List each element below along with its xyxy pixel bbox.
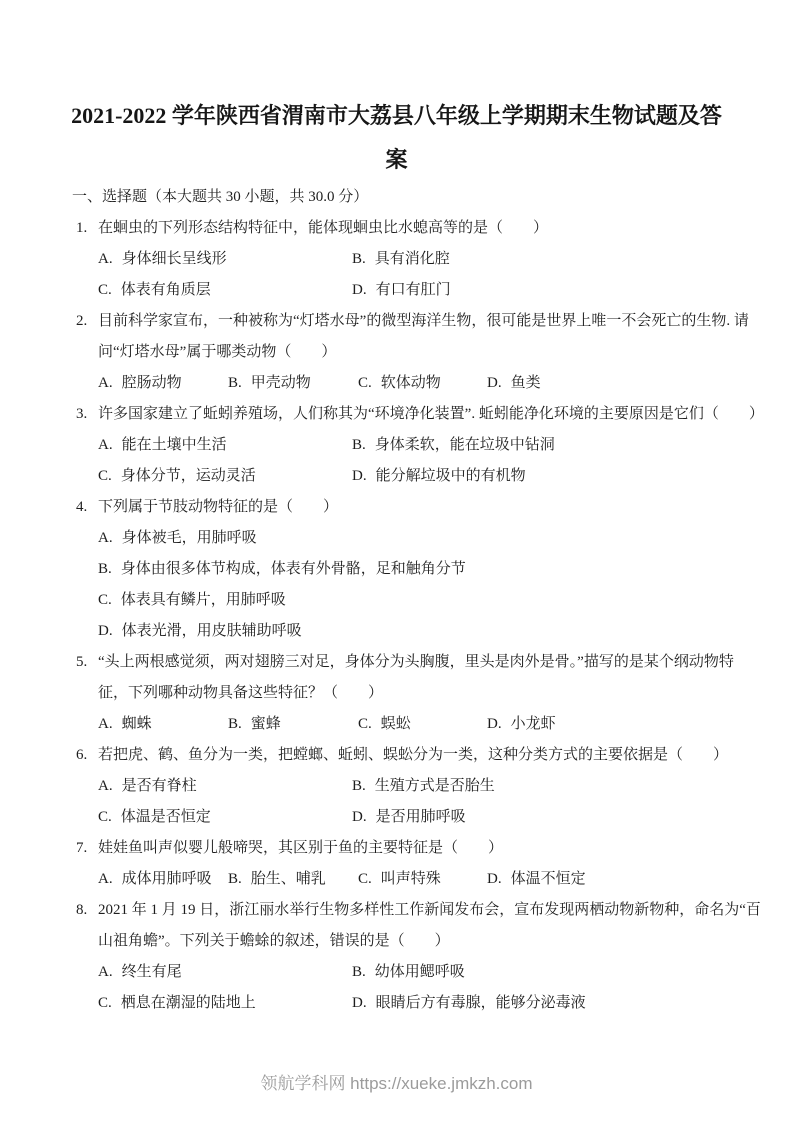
option-label: B. [352,244,366,275]
option-text: 鱼类 [511,368,541,399]
option-text: 具有消化腔 [375,244,450,275]
question-options: A. 成体用肺呼吸 B. 胎生、哺乳 C. 叫声特殊 D. 体温不恒定 [98,864,739,895]
question-stem-line: 山祖角蟾”。下列关于蟾蜍的叙述，错误的是（ ） [98,926,739,957]
question: 4. 下列属于节肢动物特征的是（ ） A. 身体被毛，用肺呼吸 B. 身体由很多… [72,492,739,647]
answer-option: A. 身体被毛，用肺呼吸 [98,523,739,554]
question-options: A. 身体细长呈线形 B. 具有消化腔 C. 体表有角质层 D. 有口有肛门 [98,244,739,306]
question-stem-line: 问“灯塔水母”属于哪类动物（ ） [98,337,739,368]
option-label: D. [352,802,367,833]
answer-option: D. 鱼类 [487,368,739,399]
option-text: 身体细长呈线形 [122,244,227,275]
question-options: A. 是否有脊柱 B. 生殖方式是否胎生 C. 体温是否恒定 D. 是否用肺呼吸 [98,771,739,833]
answer-option: C. 栖息在潮湿的陆地上 [98,988,352,1019]
question-stem: 下列属于节肢动物特征的是（ ） [98,492,739,523]
option-text: 栖息在潮湿的陆地上 [121,988,256,1019]
footer-watermark: 领航学科网 https://xueke.jmkzh.com [0,1069,793,1094]
answer-option: D. 体温不恒定 [487,864,739,895]
option-label: B. [352,771,366,802]
option-text: 体表有角质层 [121,275,211,306]
answer-option: B. 具有消化腔 [352,244,739,275]
answer-option: A. 终生有尾 [98,957,352,988]
answer-option: C. 体温是否恒定 [98,802,352,833]
option-text: 体温是否恒定 [121,802,211,833]
title-line-1: 2021-2022 学年陕西省渭南市大荔县八年级上学期期末生物试题及答 [0,94,793,138]
section-heading: 一、选择题（本大题共 30 小题，共 30.0 分） [72,182,739,213]
option-text: 体表具有鳞片，用肺呼吸 [121,585,286,616]
option-text: 体表光滑，用皮肤辅助呼吸 [122,616,302,647]
option-text: 能分解垃圾中的有机物 [376,461,526,492]
answer-option: B. 生殖方式是否胎生 [352,771,739,802]
question-number: 1. [76,213,98,244]
option-text: 是否有脊柱 [122,771,197,802]
question-stem-line: 许多国家建立了蚯蚓养殖场，人们称其为“环境净化装置”. 蚯蚓能净化环境的主要原因… [98,399,739,430]
answer-option: B. 胎生、哺乳 [228,864,358,895]
question-stem-line: “头上两根感觉须，两对翅膀三对足，身体分为头胸腹，里头是肉外是骨。”描写的是某个… [98,647,739,678]
page-title: 2021-2022 学年陕西省渭南市大荔县八年级上学期期末生物试题及答 案 [0,0,793,182]
answer-option: D. 有口有肛门 [352,275,739,306]
question-options: A. 腔肠动物 B. 甲壳动物 C. 软体动物 D. 鱼类 [98,368,739,399]
option-text: 小龙虾 [511,709,556,740]
option-label: C. [358,864,372,895]
answer-option: B. 幼体用鳃呼吸 [352,957,739,988]
option-label: B. [228,709,242,740]
answer-option: A. 是否有脊柱 [98,771,352,802]
question-options: A. 身体被毛，用肺呼吸 B. 身体由很多体节构成，体表有外骨骼，足和触角分节 … [98,523,739,647]
option-label: C. [98,275,112,306]
question-stem-row: 5. “头上两根感觉须，两对翅膀三对足，身体分为头胸腹，里头是肉外是骨。”描写的… [72,647,739,709]
option-text: 蜈蚣 [381,709,411,740]
option-label: D. [487,709,502,740]
answer-option: C. 身体分节，运动灵活 [98,461,352,492]
option-text: 成体用肺呼吸 [122,864,212,895]
option-label: A. [98,430,113,461]
option-text: 叫声特殊 [381,864,441,895]
option-text: 终生有尾 [122,957,182,988]
option-label: C. [98,988,112,1019]
answer-option: C. 体表有角质层 [98,275,352,306]
question-options: A. 能在土壤中生活 B. 身体柔软，能在垃圾中钻洞 C. 身体分节，运动灵活 … [98,430,739,492]
option-label: D. [352,988,367,1019]
option-label: B. [352,430,366,461]
option-label: A. [98,771,113,802]
question-options: A. 终生有尾 B. 幼体用鳃呼吸 C. 栖息在潮湿的陆地上 D. 眼睛后方有毒… [98,957,739,1019]
answer-option: D. 体表光滑，用皮肤辅助呼吸 [98,616,739,647]
question-stem-row: 4. 下列属于节肢动物特征的是（ ） [72,492,739,523]
option-text: 身体柔软，能在垃圾中钻洞 [375,430,555,461]
question-number: 6. [76,740,98,771]
question-stem: 2021 年 1 月 19 日，浙江丽水举行生物多样性工作新闻发布会，宣布发现两… [98,895,739,957]
option-label: D. [487,864,502,895]
option-label: B. [352,957,366,988]
option-label: D. [352,461,367,492]
question: 3. 许多国家建立了蚯蚓养殖场，人们称其为“环境净化装置”. 蚯蚓能净化环境的主… [72,399,739,492]
option-label: A. [98,244,113,275]
question-stem-row: 8. 2021 年 1 月 19 日，浙江丽水举行生物多样性工作新闻发布会，宣布… [72,895,739,957]
title-line-2: 案 [0,138,793,182]
option-text: 幼体用鳃呼吸 [375,957,465,988]
option-label: B. [98,554,112,585]
question-number: 7. [76,833,98,864]
answer-option: D. 眼睛后方有毒腺，能够分泌毒液 [352,988,739,1019]
option-label: D. [487,368,502,399]
question-stem: 目前科学家宣布，一种被称为“灯塔水母”的微型海洋生物，很可能是世界上唯一不会死亡… [98,306,739,368]
questions: 1. 在蛔虫的下列形态结构特征中，能体现蛔虫比水螅高等的是（ ） A. 身体细长… [72,213,739,1019]
option-text: 胎生、哺乳 [251,864,326,895]
option-label: A. [98,957,113,988]
question: 1. 在蛔虫的下列形态结构特征中，能体现蛔虫比水螅高等的是（ ） A. 身体细长… [72,213,739,306]
answer-option: B. 蜜蜂 [228,709,358,740]
question-stem: 许多国家建立了蚯蚓养殖场，人们称其为“环境净化装置”. 蚯蚓能净化环境的主要原因… [98,399,739,430]
option-label: A. [98,368,113,399]
answer-option: A. 成体用肺呼吸 [98,864,228,895]
question-stem: “头上两根感觉须，两对翅膀三对足，身体分为头胸腹，里头是肉外是骨。”描写的是某个… [98,647,739,709]
question-stem: 若把虎、鹤、鱼分为一类，把螳螂、蚯蚓、蜈蚣分为一类，这种分类方式的主要依据是（ … [98,740,739,771]
option-text: 生殖方式是否胎生 [375,771,495,802]
question-number: 2. [76,306,98,337]
question-stem: 娃娃鱼叫声似婴儿般啼哭，其区别于鱼的主要特征是（ ） [98,833,739,864]
answer-option: D. 小龙虾 [487,709,739,740]
question: 6. 若把虎、鹤、鱼分为一类，把螳螂、蚯蚓、蜈蚣分为一类，这种分类方式的主要依据… [72,740,739,833]
option-label: B. [228,864,242,895]
answer-option: C. 叫声特殊 [358,864,487,895]
question-stem-line: 2021 年 1 月 19 日，浙江丽水举行生物多样性工作新闻发布会，宣布发现两… [98,895,739,926]
answer-option: D. 能分解垃圾中的有机物 [352,461,739,492]
option-text: 身体由很多体节构成，体表有外骨骼，足和触角分节 [121,554,466,585]
option-text: 身体被毛，用肺呼吸 [122,523,257,554]
answer-option: A. 腔肠动物 [98,368,228,399]
question-stem-row: 2. 目前科学家宣布，一种被称为“灯塔水母”的微型海洋生物，很可能是世界上唯一不… [72,306,739,368]
option-text: 软体动物 [381,368,441,399]
option-text: 蜜蜂 [251,709,281,740]
document-body: 一、选择题（本大题共 30 小题，共 30.0 分） 1. 在蛔虫的下列形态结构… [0,182,793,1019]
option-text: 有口有肛门 [376,275,451,306]
question-number: 4. [76,492,98,523]
option-text: 甲壳动物 [251,368,311,399]
question-stem-line: 在蛔虫的下列形态结构特征中，能体现蛔虫比水螅高等的是（ ） [98,213,739,244]
question: 7. 娃娃鱼叫声似婴儿般啼哭，其区别于鱼的主要特征是（ ） A. 成体用肺呼吸 … [72,833,739,895]
option-label: D. [98,616,113,647]
answer-option: B. 身体柔软，能在垃圾中钻洞 [352,430,739,461]
question-number: 5. [76,647,98,678]
option-label: D. [352,275,367,306]
question: 8. 2021 年 1 月 19 日，浙江丽水举行生物多样性工作新闻发布会，宣布… [72,895,739,1019]
question-number: 8. [76,895,98,926]
option-label: A. [98,709,113,740]
option-label: B. [228,368,242,399]
option-text: 是否用肺呼吸 [376,802,466,833]
answer-option: A. 身体细长呈线形 [98,244,352,275]
option-text: 能在土壤中生活 [122,430,227,461]
question-stem: 在蛔虫的下列形态结构特征中，能体现蛔虫比水螅高等的是（ ） [98,213,739,244]
question: 5. “头上两根感觉须，两对翅膀三对足，身体分为头胸腹，里头是肉外是骨。”描写的… [72,647,739,740]
option-label: A. [98,523,113,554]
option-text: 眼睛后方有毒腺，能够分泌毒液 [376,988,586,1019]
option-text: 体温不恒定 [511,864,586,895]
answer-option: C. 蜈蚣 [358,709,487,740]
option-label: C. [358,368,372,399]
answer-option: C. 软体动物 [358,368,487,399]
question-stem-row: 1. 在蛔虫的下列形态结构特征中，能体现蛔虫比水螅高等的是（ ） [72,213,739,244]
option-text: 腔肠动物 [122,368,182,399]
answer-option: B. 甲壳动物 [228,368,358,399]
question-stem-row: 7. 娃娃鱼叫声似婴儿般啼哭，其区别于鱼的主要特征是（ ） [72,833,739,864]
option-label: C. [358,709,372,740]
answer-option: B. 身体由很多体节构成，体表有外骨骼，足和触角分节 [98,554,739,585]
exam-document-page: 2021-2022 学年陕西省渭南市大荔县八年级上学期期末生物试题及答 案 一、… [0,0,793,1122]
question-stem-line: 征，下列哪种动物具备这些特征？（ ） [98,678,739,709]
answer-option: C. 体表具有鳞片，用肺呼吸 [98,585,739,616]
answer-option: D. 是否用肺呼吸 [352,802,739,833]
option-label: C. [98,802,112,833]
question-number: 3. [76,399,98,430]
question-stem-line: 目前科学家宣布，一种被称为“灯塔水母”的微型海洋生物，很可能是世界上唯一不会死亡… [98,306,739,337]
question-stem-line: 下列属于节肢动物特征的是（ ） [98,492,739,523]
question-stem-line: 若把虎、鹤、鱼分为一类，把螳螂、蚯蚓、蜈蚣分为一类，这种分类方式的主要依据是（ … [98,740,739,771]
option-label: A. [98,864,113,895]
option-label: C. [98,585,112,616]
answer-option: A. 蜘蛛 [98,709,228,740]
question: 2. 目前科学家宣布，一种被称为“灯塔水母”的微型海洋生物，很可能是世界上唯一不… [72,306,739,399]
option-text: 身体分节，运动灵活 [121,461,256,492]
question-stem-line: 娃娃鱼叫声似婴儿般啼哭，其区别于鱼的主要特征是（ ） [98,833,739,864]
option-text: 蜘蛛 [122,709,152,740]
option-label: C. [98,461,112,492]
question-options: A. 蜘蛛 B. 蜜蜂 C. 蜈蚣 D. 小龙虾 [98,709,739,740]
answer-option: A. 能在土壤中生活 [98,430,352,461]
question-stem-row: 3. 许多国家建立了蚯蚓养殖场，人们称其为“环境净化装置”. 蚯蚓能净化环境的主… [72,399,739,430]
question-stem-row: 6. 若把虎、鹤、鱼分为一类，把螳螂、蚯蚓、蜈蚣分为一类，这种分类方式的主要依据… [72,740,739,771]
